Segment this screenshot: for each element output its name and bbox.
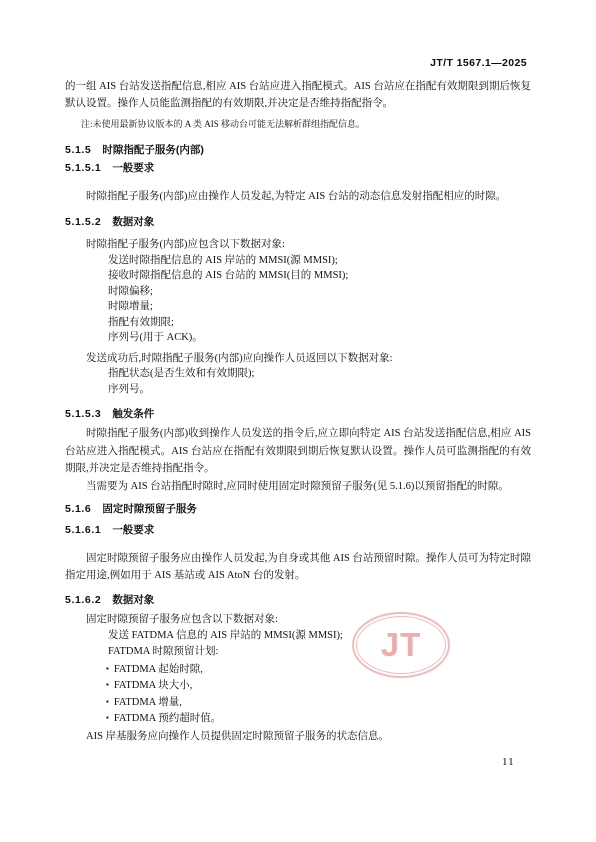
heading-5-1-6-2: 5.1.6.2数据对象: [65, 593, 531, 608]
continuation-paragraph: 的一组 AIS 台站发送指配信息,相应 AIS 台站应进入指配模式。AIS 台站…: [65, 78, 531, 112]
heading-5-1-5-3: 5.1.5.3触发条件: [65, 407, 531, 422]
document-page: JT/T 1567.1—2025 JT 的一组 AIS 台站发送指配信息,相应 …: [0, 0, 596, 842]
bullet-text: FATDMA 预约超时值。: [114, 713, 221, 724]
list-item: 接收时隙指配信息的 AIS 台站的 MMSI(目的 MMSI);: [108, 268, 531, 284]
heading-5-1-6: 5.1.6固定时隙预留子服务: [65, 502, 531, 517]
closing-paragraph: AIS 岸基服务应向操作人员提供固定时隙预留子服务的状态信息。: [65, 729, 531, 745]
trigger-paragraph-2: 当需要为 AIS 台站指配时隙时,应同时使用固定时隙预留子服务(见 5.1.6)…: [65, 478, 531, 496]
data-objects-intro: 时隙指配子服务(内部)应包含以下数据对象:: [65, 237, 531, 253]
list-item: 指配有效期限;: [108, 315, 531, 331]
page-number: 11: [502, 756, 515, 768]
fatdma-bullet-list: ▪FATDMA 起始时隙, ▪FATDMA 块大小, ▪FATDMA 增量, ▪…: [65, 661, 531, 727]
list-item: 时隙增量;: [108, 299, 531, 315]
list-item: ▪FATDMA 增量,: [106, 694, 531, 711]
document-number: JT/T 1567.1—2025: [430, 57, 527, 69]
list-item: 发送 FATDMA 信息的 AIS 岸站的 MMSI(源 MMSI);: [108, 628, 531, 645]
fatdma-list: 发送 FATDMA 信息的 AIS 岸站的 MMSI(源 MMSI); FATD…: [65, 628, 531, 661]
heading-title: 数据对象: [112, 216, 154, 228]
heading-title: 一般要求: [112, 162, 154, 174]
bullet-icon: ▪: [106, 710, 109, 726]
heading-number: 5.1.5.3: [65, 408, 101, 420]
bullet-text: FATDMA 起始时隙,: [114, 664, 203, 675]
list-item: ▪FATDMA 预约超时值。: [106, 710, 531, 727]
bullet-icon: ▪: [106, 694, 109, 710]
list-item: 发送时隙指配信息的 AIS 岸站的 MMSI(源 MMSI);: [108, 253, 531, 269]
data-objects-list: 发送时隙指配信息的 AIS 岸站的 MMSI(源 MMSI); 接收时隙指配信息…: [65, 253, 531, 346]
heading-number: 5.1.5.1: [65, 162, 101, 174]
paragraph-5-1-5-1: 时隙指配子服务(内部)应由操作人员发起,为特定 AIS 台站的动态信息发射指配相…: [65, 188, 531, 205]
return-objects-list: 指配状态(是否生效和有效期限); 序列号。: [65, 366, 531, 397]
list-item: 指配状态(是否生效和有效期限);: [108, 366, 531, 382]
heading-number: 5.1.6.1: [65, 524, 101, 536]
heading-number: 5.1.5: [65, 144, 91, 156]
heading-5-1-5-1: 5.1.5.1一般要求: [65, 161, 531, 176]
list-item: 序列号(用于 ACK)。: [108, 330, 531, 346]
note-text: 注:未使用最新协议版本的 A 类 AIS 移动台可能无法解析群组指配信息。: [65, 118, 531, 131]
heading-5-1-6-1: 5.1.6.1一般要求: [65, 523, 531, 538]
list-item: 时隙偏移;: [108, 284, 531, 300]
bullet-icon: ▪: [106, 677, 109, 693]
heading-number: 5.1.5.2: [65, 216, 101, 228]
fatdma-intro: 固定时隙预留子服务应包含以下数据对象:: [65, 612, 531, 628]
list-item: 序列号。: [108, 382, 531, 398]
heading-number: 5.1.6.2: [65, 594, 101, 606]
heading-5-1-5-2: 5.1.5.2数据对象: [65, 215, 531, 230]
heading-number: 5.1.6: [65, 503, 91, 515]
list-item: ▪FATDMA 起始时隙,: [106, 661, 531, 678]
paragraph-5-1-6-1: 固定时隙预留子服务应由操作人员发起,为自身或其他 AIS 台站预留时隙。操作人员…: [65, 550, 531, 584]
list-item: FATDMA 时隙预留计划:: [108, 644, 531, 661]
heading-title: 时隙指配子服务(内部): [102, 144, 204, 156]
heading-5-1-5: 5.1.5时隙指配子服务(内部): [65, 143, 531, 158]
bullet-text: FATDMA 增量,: [114, 697, 182, 708]
page-content: 的一组 AIS 台站发送指配信息,相应 AIS 台站应进入指配模式。AIS 台站…: [65, 78, 531, 744]
heading-title: 数据对象: [112, 594, 154, 606]
heading-title: 固定时隙预留子服务: [102, 503, 197, 515]
list-item: ▪FATDMA 块大小,: [106, 677, 531, 694]
trigger-paragraph-1: 时隙指配子服务(内部)收到操作人员发送的指令后,应立即向特定 AIS 台站发送指…: [65, 425, 531, 478]
heading-title: 一般要求: [112, 524, 154, 536]
bullet-text: FATDMA 块大小,: [114, 680, 193, 691]
bullet-icon: ▪: [106, 661, 109, 677]
heading-title: 触发条件: [112, 408, 154, 420]
return-objects-intro: 发送成功后,时隙指配子服务(内部)应向操作人员返回以下数据对象:: [65, 351, 531, 367]
